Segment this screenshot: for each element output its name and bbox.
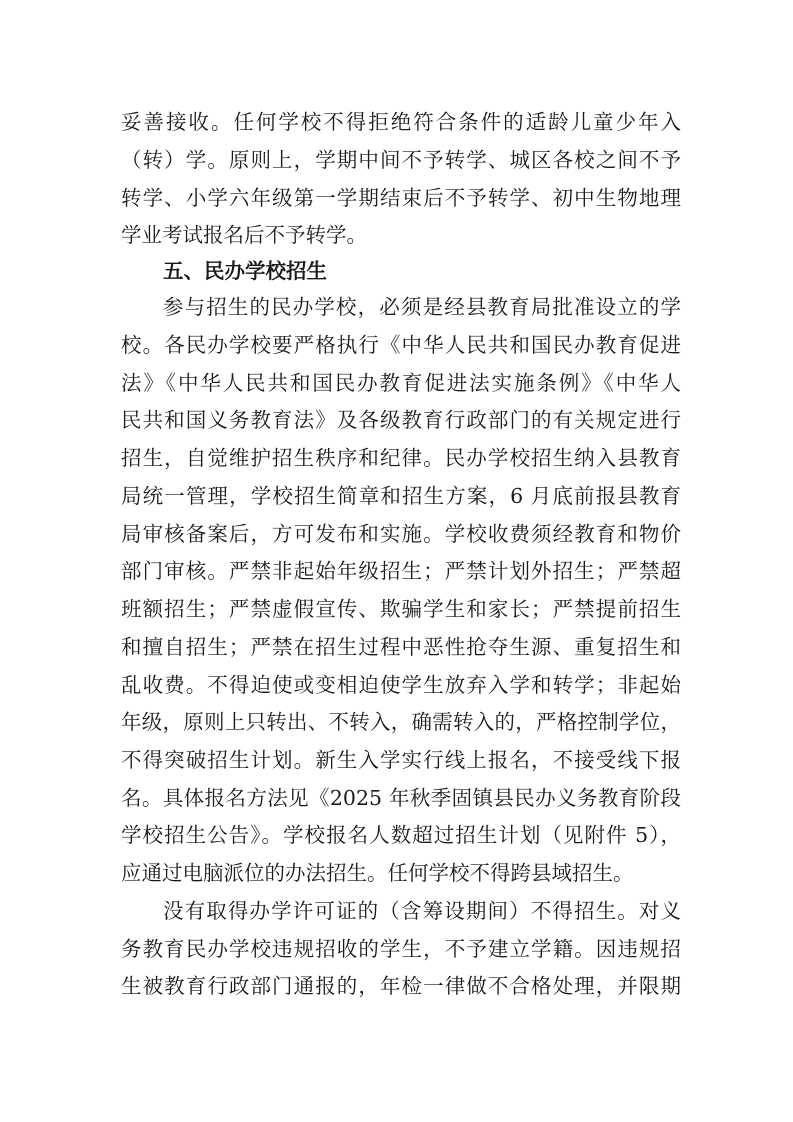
paragraph-2-line-8: 部门审核。严禁非起始年级招生；严禁计划外招生；严禁超 bbox=[121, 556, 681, 586]
paragraph-2-line-2: 校。各民办学校要严格执行《中华人民共和国民办教育促进 bbox=[121, 330, 681, 360]
paragraph-2-line-13: 不得突破招生计划。新生入学实行线上报名，不接受线下报 bbox=[121, 745, 681, 775]
paragraph-2-line-1: 参与招生的民办学校，必须是经县教育局批准设立的学 bbox=[163, 292, 681, 322]
section-heading: 五、民办学校招生 bbox=[163, 256, 463, 286]
paragraph-2-line-3: 法》《中华人民共和国民办教育促进法实施条例》《中华人 bbox=[121, 368, 681, 398]
paragraph-2-line-9: 班额招生；严禁虚假宣传、欺骗学生和家长；严禁提前招生 bbox=[121, 594, 681, 624]
paragraph-1-line-2: （转）学。原则上，学期中间不予转学、城区各校之间不予 bbox=[121, 145, 681, 175]
paragraph-2-line-10: 和擅自招生；严禁在招生过程中恶性抢夺生源、重复招生和 bbox=[121, 632, 681, 662]
paragraph-2-line-11: 乱收费。不得迫使或变相迫使学生放弃入学和转学；非起始 bbox=[121, 670, 681, 700]
document-page: 妥善接收。任何学校不得拒绝符合条件的适龄儿童少年入 （转）学。原则上，学期中间不… bbox=[0, 0, 793, 1122]
paragraph-2-line-4: 民共和国义务教育法》及各级教育行政部门的有关规定进行 bbox=[121, 405, 681, 435]
paragraph-2-line-7: 局审核备案后，方可发布和实施。学校收费须经教育和物价 bbox=[121, 519, 681, 549]
paragraph-3-line-2: 务教育民办学校违规招收的学生，不予建立学籍。因违规招 bbox=[121, 934, 681, 964]
paragraph-2-line-16: 应通过电脑派位的办法招生。任何学校不得跨县域招生。 bbox=[121, 858, 681, 888]
paragraph-3-line-3: 生被教育行政部门通报的，年检一律做不合格处理，并限期 bbox=[121, 971, 681, 1001]
paragraph-2-line-6: 局统一管理，学校招生简章和招生方案，6 月底前报县教育 bbox=[121, 481, 681, 511]
paragraph-1-line-1: 妥善接收。任何学校不得拒绝符合条件的适龄儿童少年入 bbox=[121, 107, 681, 137]
paragraph-3-line-1: 没有取得办学许可证的（含筹设期间）不得招生。对义 bbox=[163, 896, 681, 926]
paragraph-2-line-5: 招生，自觉维护招生秩序和纪律。民办学校招生纳入县教育 bbox=[121, 443, 681, 473]
paragraph-1-line-3: 转学、小学六年级第一学期结束后不予转学、初中生物地理 bbox=[121, 183, 681, 213]
paragraph-1-line-4: 学业考试报名后不予转学。 bbox=[121, 220, 681, 250]
paragraph-2-line-12: 年级，原则上只转出、不转入，确需转入的，严格控制学位， bbox=[121, 707, 681, 737]
paragraph-2-line-15: 学校招生公告》。学校报名人数超过招生计划（见附件 5）， bbox=[121, 820, 681, 850]
paragraph-2-line-14: 名。具体报名方法见《2025 年秋季固镇县民办义务教育阶段 bbox=[121, 783, 681, 813]
